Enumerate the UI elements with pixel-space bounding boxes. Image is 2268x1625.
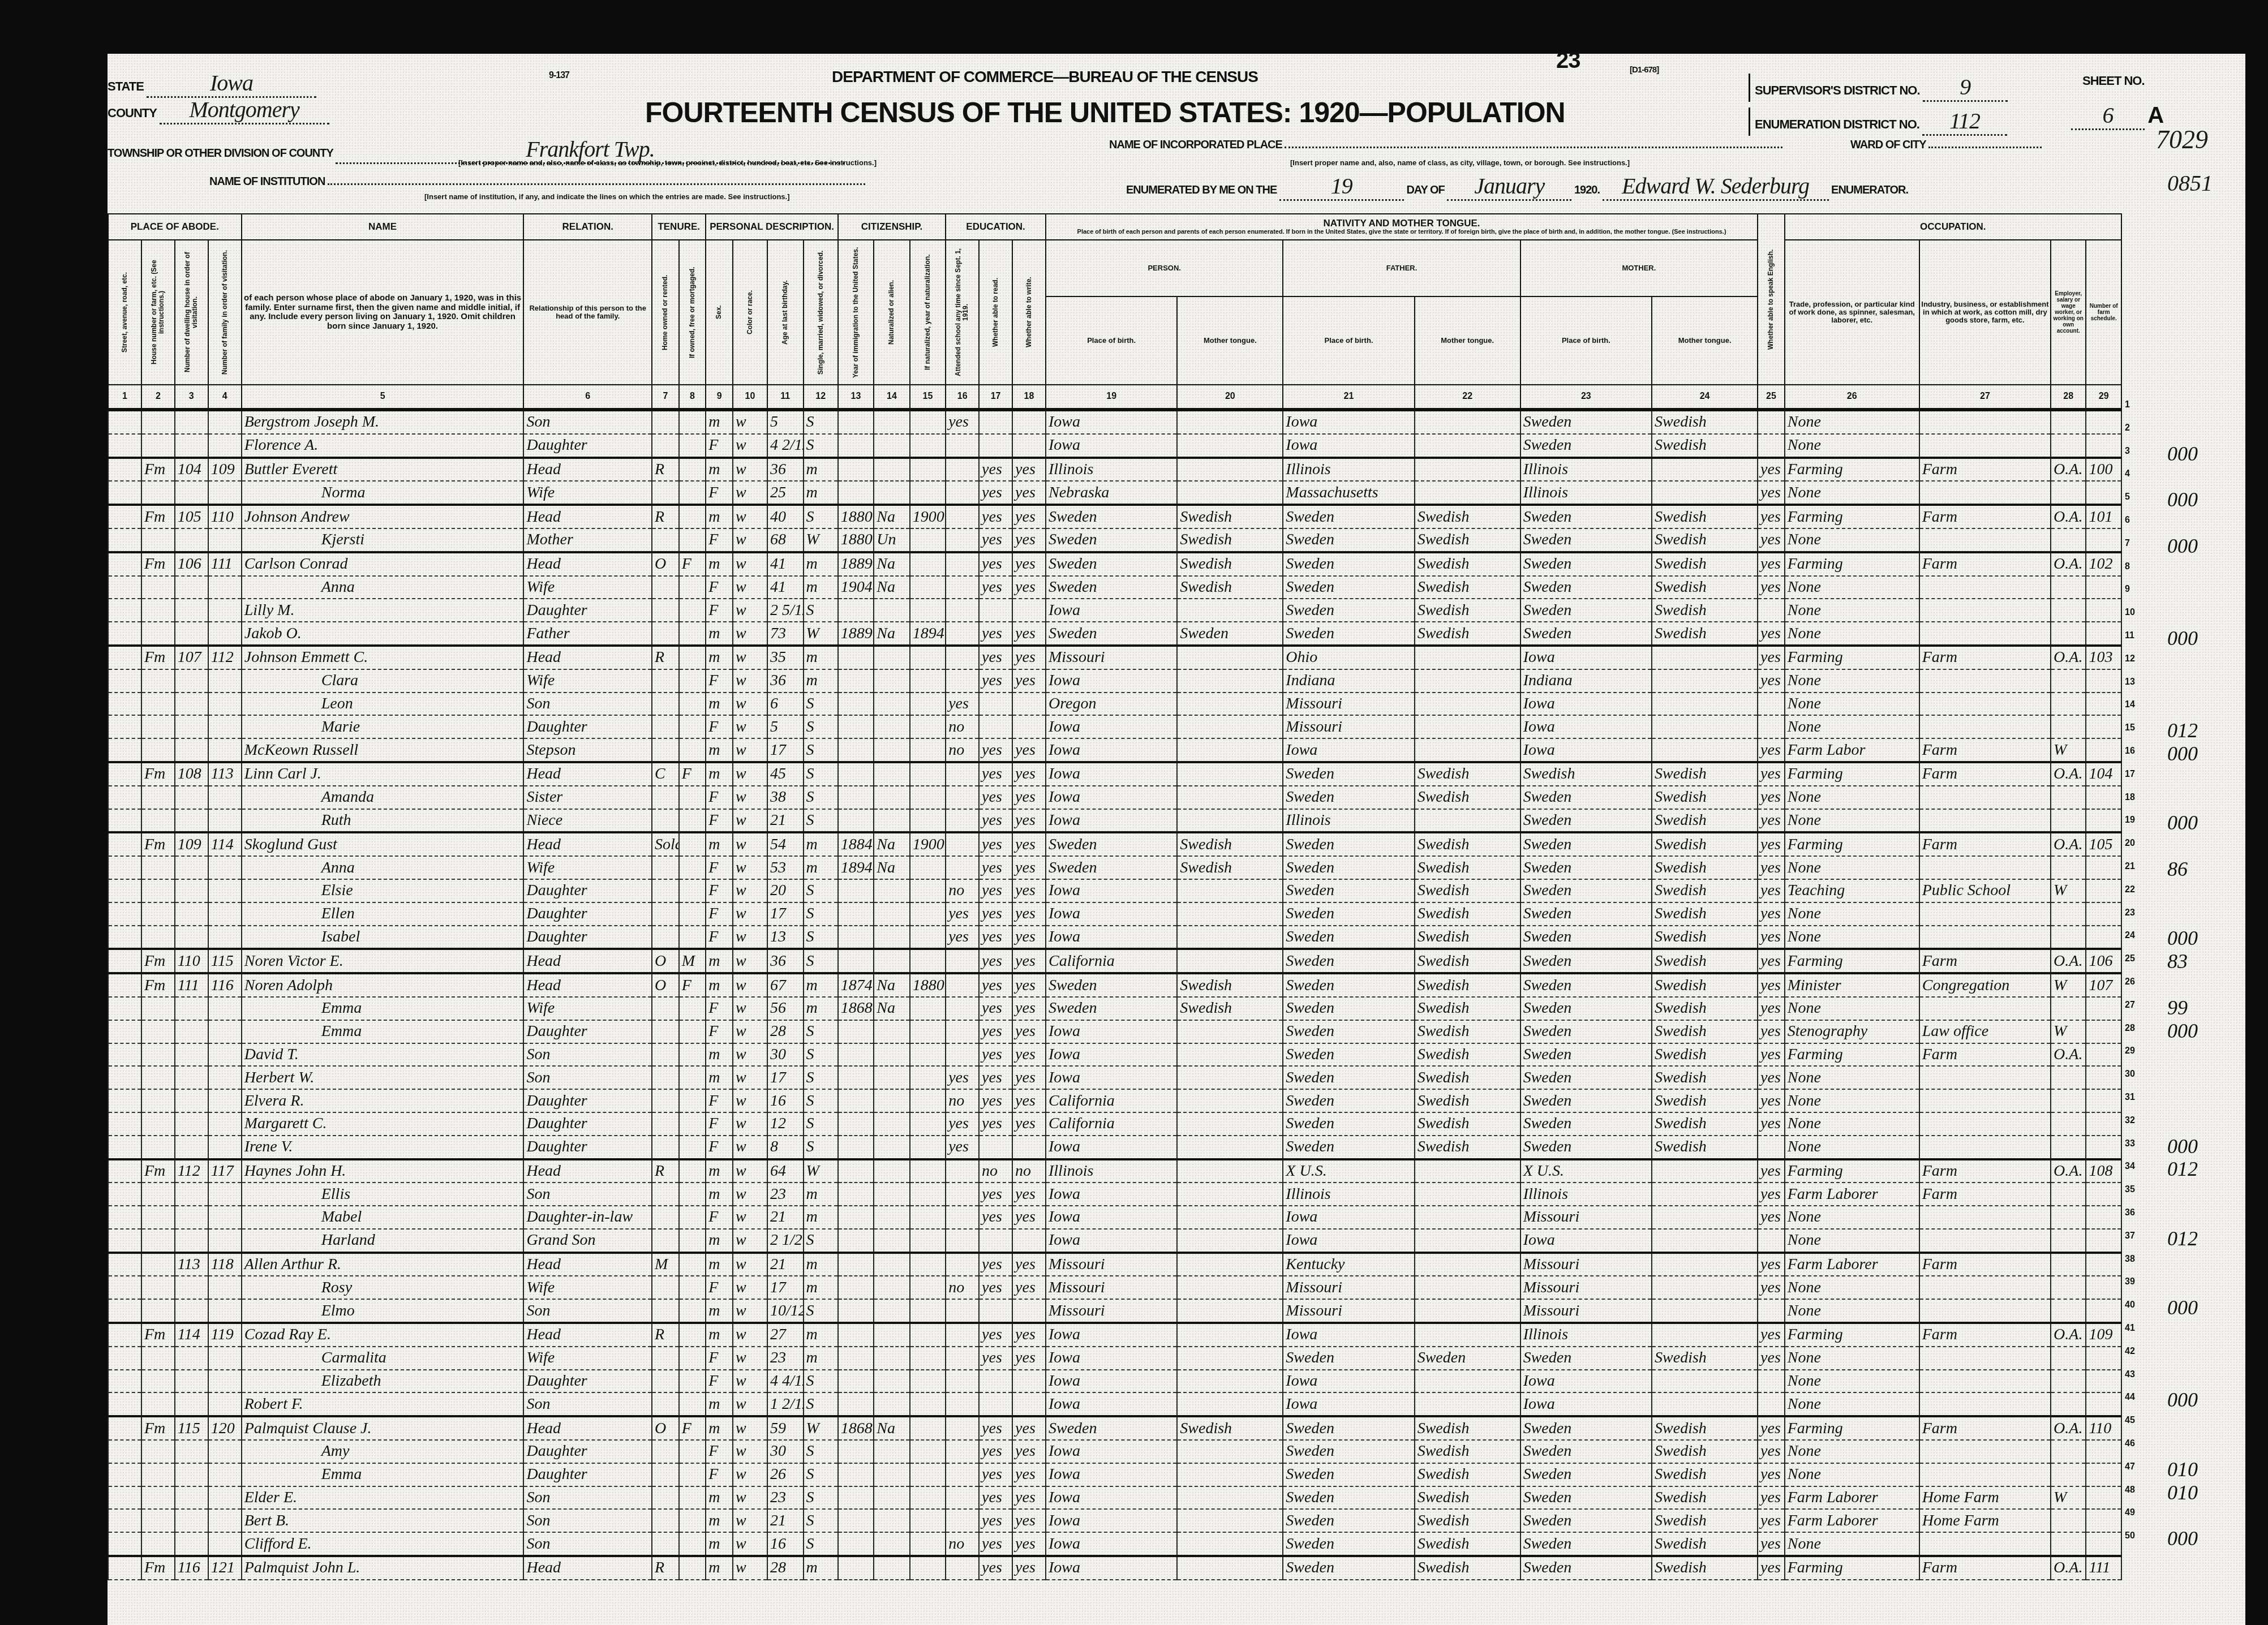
cell-marital: S [804, 410, 838, 434]
cell-fpob: Missouri [1283, 715, 1414, 738]
cell-name: Harland [242, 1229, 524, 1253]
cell-nat [874, 715, 909, 738]
cell-farmno: 111 [2086, 1556, 2121, 1580]
cell-trade: None [1785, 1276, 1919, 1299]
table-row: IsabelDaughterFw13SyesyesyesIowaSwedenSw… [108, 926, 2121, 949]
cell-marital: m [804, 669, 838, 693]
cell-natyr: 1900 [910, 832, 946, 856]
cell-relation: Daughter [523, 434, 652, 458]
cell-mort [679, 809, 706, 833]
cell-tongue [1177, 1253, 1283, 1276]
cell-marital: m [804, 552, 838, 576]
cell-english: yes [1758, 576, 1785, 599]
cell-pob: Iowa [1046, 1323, 1177, 1347]
cell-mort [679, 1509, 706, 1532]
cell-tongue [1177, 879, 1283, 902]
occupation-code: 000 [2167, 1296, 2198, 1319]
col-number-12: 12 [804, 385, 838, 410]
cell-school [946, 1440, 979, 1463]
cell-english [1758, 1136, 1785, 1159]
cell-marital: S [804, 762, 838, 786]
cell-industry: Public School [1919, 879, 2051, 902]
cell-age: 10/12 [767, 1299, 803, 1323]
cell-farm [141, 1440, 175, 1463]
cell-house [175, 599, 208, 622]
cell-tongue: Swedish [1177, 528, 1283, 552]
cell-fpob: Illinois [1283, 809, 1414, 833]
cell-age: 30 [767, 1440, 803, 1463]
cell-write: yes [1012, 576, 1046, 599]
cell-trade: Farm Labor [1785, 738, 1919, 762]
cell-natyr [910, 997, 946, 1020]
cell-house [175, 693, 208, 716]
group-occupation: OCCUPATION. [1785, 214, 2121, 240]
ward-value [1928, 147, 2042, 148]
cell-age: 59 [767, 1416, 803, 1440]
cell-class [2051, 434, 2086, 458]
cell-pob: Iowa [1046, 434, 1177, 458]
line-number: 50 [2125, 1531, 2135, 1541]
cell-name: Elsie [242, 879, 524, 902]
cell-age: 64 [767, 1159, 803, 1183]
cell-own: O [652, 552, 679, 576]
cell-class [2051, 809, 2086, 833]
table-row: ElsieDaughterFw20SnoyesyesIowaSwedenSwed… [108, 879, 2121, 902]
cell-nat [874, 1370, 909, 1393]
cell-english: yes [1758, 762, 1785, 786]
table-row: Fm104109Buttler EverettHeadRmw36myesyesI… [108, 458, 2121, 482]
cell-mort [679, 1043, 706, 1067]
cell-immig [838, 786, 874, 809]
cell-mpob: Iowa [1520, 693, 1652, 716]
cell-farm [141, 1183, 175, 1206]
cell-street [108, 1323, 141, 1347]
cell-trade: Farming [1785, 1323, 1919, 1347]
cell-mtongue: Swedish [1652, 1440, 1758, 1463]
cell-race: w [733, 410, 767, 434]
cell-industry: Farm [1919, 1556, 2051, 1580]
cell-trade: Farming [1785, 762, 1919, 786]
cell-own [652, 1509, 679, 1532]
cell-sex: F [706, 1206, 733, 1229]
cell-industry [1919, 809, 2051, 833]
cell-school [946, 1159, 979, 1183]
cell-pob: Iowa [1046, 1486, 1177, 1510]
table-row: AnnaWifeFw41m1904NayesyesSwedenSwedishSw… [108, 576, 2121, 599]
cell-family [208, 1509, 242, 1532]
cell-farm [141, 1299, 175, 1323]
cell-house [175, 1136, 208, 1159]
cell-mort [679, 576, 706, 599]
cell-natyr [910, 786, 946, 809]
cell-school [946, 1556, 979, 1580]
cell-relation: Head [523, 552, 652, 576]
cell-english: yes [1758, 1066, 1785, 1089]
cell-family [208, 1229, 242, 1253]
cell-mort [679, 1556, 706, 1580]
col-number-25: 25 [1758, 385, 1785, 410]
cell-marital: S [804, 1532, 838, 1556]
cell-natyr [910, 1229, 946, 1253]
cell-write: yes [1012, 481, 1046, 505]
cell-ftongue [1415, 1229, 1520, 1253]
occupation-code: 000 [2167, 534, 2198, 558]
cell-write: yes [1012, 1463, 1046, 1486]
cell-read: yes [979, 902, 1012, 926]
cell-farmno: 100 [2086, 458, 2121, 482]
cell-write [1012, 410, 1046, 434]
cell-tongue [1177, 762, 1283, 786]
cell-ftongue [1415, 1276, 1520, 1299]
cell-natyr [910, 1370, 946, 1393]
cell-nat [874, 481, 909, 505]
line-number: 47 [2125, 1462, 2135, 1472]
cell-street [108, 738, 141, 762]
cell-street [108, 622, 141, 646]
cell-name: Rosy [242, 1276, 524, 1299]
cell-family [208, 669, 242, 693]
cell-read: yes [979, 1089, 1012, 1112]
line-number: 38 [2125, 1254, 2135, 1265]
cell-mort: F [679, 762, 706, 786]
cell-immig [838, 1347, 874, 1370]
line-number: 45 [2125, 1416, 2135, 1426]
cell-mtongue [1652, 1183, 1758, 1206]
cell-sex: F [706, 786, 733, 809]
cell-school [946, 528, 979, 552]
cell-school [946, 809, 979, 833]
cell-school [946, 1183, 979, 1206]
cell-sex: m [706, 646, 733, 669]
group-relation: RELATION. [523, 214, 652, 240]
cell-mtongue: Swedish [1652, 1486, 1758, 1510]
table-row: EllisSonmw23myesyesIowaIllinoisIllinoisy… [108, 1183, 2121, 1206]
cell-read: yes [979, 1463, 1012, 1486]
cell-natyr: 1894 [910, 622, 946, 646]
line-number: 1 [2125, 400, 2130, 410]
cell-relation: Head [523, 458, 652, 482]
cell-write [1012, 599, 1046, 622]
county-field: COUNTY Montgomery [108, 96, 329, 124]
cell-nat [874, 1532, 909, 1556]
cell-house [175, 669, 208, 693]
cell-farm [141, 669, 175, 693]
line-number: 18 [2125, 793, 2135, 803]
cell-sex: F [706, 1020, 733, 1043]
table-row: RuthNieceFw21SyesyesIowaIllinoisSwedenSw… [108, 809, 2121, 833]
cell-mpob: Sweden [1520, 949, 1652, 973]
cell-relation: Grand Son [523, 1229, 652, 1253]
cell-read: yes [979, 576, 1012, 599]
cell-farmno [2086, 1112, 2121, 1136]
cell-fpob: Sweden [1283, 1416, 1414, 1440]
cell-english: yes [1758, 646, 1785, 669]
group-father: FATHER. [1283, 240, 1520, 296]
incorporated-note: [Insert proper name and, also, name of c… [1290, 158, 1630, 167]
cell-mtongue: Swedish [1652, 856, 1758, 879]
cell-sex: F [706, 1276, 733, 1299]
col-number-10: 10 [733, 385, 767, 410]
cell-pob: Iowa [1046, 1440, 1177, 1463]
cell-school [946, 622, 979, 646]
cell-natyr [910, 1159, 946, 1183]
cell-age: 35 [767, 646, 803, 669]
col-number-21: 21 [1283, 385, 1414, 410]
cell-marital: W [804, 1416, 838, 1440]
cell-street [108, 458, 141, 482]
cell-ftongue: Swedish [1415, 576, 1520, 599]
cell-mort [679, 997, 706, 1020]
cell-house: 112 [175, 1159, 208, 1183]
cell-fpob: Sweden [1283, 1556, 1414, 1580]
cell-ftongue: Swedish [1415, 856, 1520, 879]
cell-fpob: Sweden [1283, 973, 1414, 997]
cell-industry [1919, 786, 2051, 809]
cell-mtongue [1652, 1323, 1758, 1347]
cell-farm [141, 1043, 175, 1067]
cell-mort [679, 786, 706, 809]
cell-farm [141, 1112, 175, 1136]
cell-industry [1919, 599, 2051, 622]
cell-trade: Farming [1785, 1043, 1919, 1067]
cell-street [108, 715, 141, 738]
enumerated-month: January [1447, 173, 1571, 201]
cell-name: Anna [242, 856, 524, 879]
cell-sex: F [706, 926, 733, 949]
cell-tongue [1177, 646, 1283, 669]
cell-house [175, 856, 208, 879]
cell-age: 53 [767, 856, 803, 879]
cell-school [946, 1347, 979, 1370]
cell-pob: Iowa [1046, 902, 1177, 926]
cell-farmno: 105 [2086, 832, 2121, 856]
cell-farmno [2086, 1299, 2121, 1323]
cell-write: yes [1012, 1440, 1046, 1463]
col-11-header: Age at last birthday. [767, 240, 803, 385]
table-row: Fm115120Palmquist Clause J.HeadOFmw59W18… [108, 1416, 2121, 1440]
cell-sex: m [706, 1323, 733, 1347]
cell-marital: m [804, 1276, 838, 1299]
cell-marital: S [804, 1066, 838, 1089]
cell-race: w [733, 1276, 767, 1299]
cell-mtongue: Swedish [1652, 1043, 1758, 1067]
cell-read: yes [979, 505, 1012, 528]
cell-farmno [2086, 1347, 2121, 1370]
cell-age: 41 [767, 552, 803, 576]
cell-mtongue [1652, 1229, 1758, 1253]
cell-farmno [2086, 926, 2121, 949]
cell-school: yes [946, 926, 979, 949]
line-number: 7 [2125, 539, 2130, 549]
cell-immig [838, 879, 874, 902]
cell-mtongue [1652, 646, 1758, 669]
cell-sex: F [706, 997, 733, 1020]
cell-marital: S [804, 1112, 838, 1136]
cell-marital: S [804, 1136, 838, 1159]
cell-english: yes [1758, 832, 1785, 856]
cell-name: Carmalita [242, 1347, 524, 1370]
cell-nat [874, 1066, 909, 1089]
cell-english [1758, 1392, 1785, 1416]
cell-industry: Farm [1919, 762, 2051, 786]
cell-immig [838, 1136, 874, 1159]
cell-tongue [1177, 1229, 1283, 1253]
table-row: KjerstiMotherFw68W1880UnyesyesSwedenSwed… [108, 528, 2121, 552]
cell-immig [838, 410, 874, 434]
cell-mort [679, 1463, 706, 1486]
cell-family [208, 1066, 242, 1089]
cell-trade: None [1785, 693, 1919, 716]
cell-tongue [1177, 1299, 1283, 1323]
cell-farmno [2086, 997, 2121, 1020]
cell-ftongue: Swedish [1415, 1136, 1520, 1159]
cell-fpob: Sweden [1283, 856, 1414, 879]
col-number-27: 27 [1919, 385, 2051, 410]
cell-pob: Iowa [1046, 1183, 1177, 1206]
cell-mtongue: Swedish [1652, 599, 1758, 622]
cell-industry: Farm [1919, 738, 2051, 762]
cell-tongue [1177, 1392, 1283, 1416]
cell-natyr [910, 1112, 946, 1136]
cell-fpob: Sweden [1283, 505, 1414, 528]
cell-street [108, 1112, 141, 1136]
cell-pob: Iowa [1046, 786, 1177, 809]
cell-class: W [2051, 1486, 2086, 1510]
cell-family [208, 434, 242, 458]
cell-mort [679, 599, 706, 622]
cell-mort [679, 1066, 706, 1089]
cell-english: yes [1758, 856, 1785, 879]
cell-farmno [2086, 693, 2121, 716]
cell-relation: Wife [523, 669, 652, 693]
cell-age: 21 [767, 1509, 803, 1532]
cell-class [2051, 1206, 2086, 1229]
cell-sex: F [706, 1370, 733, 1393]
cell-street [108, 997, 141, 1020]
line-number: 46 [2125, 1439, 2135, 1449]
cell-farm [141, 481, 175, 505]
cell-sex: m [706, 1392, 733, 1416]
cell-mort [679, 410, 706, 434]
cell-read: yes [979, 481, 1012, 505]
cell-farmno: 102 [2086, 552, 2121, 576]
cell-family [208, 599, 242, 622]
cell-tongue [1177, 1112, 1283, 1136]
cell-school: yes [946, 410, 979, 434]
cell-race: w [733, 434, 767, 458]
table-row: Fm107112Johnson Emmett C.HeadRmw35myesye… [108, 646, 2121, 669]
cell-pob: Iowa [1046, 1206, 1177, 1229]
cell-immig [838, 1556, 874, 1580]
cell-pob: Iowa [1046, 669, 1177, 693]
cell-house [175, 1392, 208, 1416]
cell-name: Ruth [242, 809, 524, 833]
cell-race: w [733, 622, 767, 646]
cell-trade: None [1785, 1347, 1919, 1370]
cell-trade: None [1785, 902, 1919, 926]
cell-name: Amy [242, 1440, 524, 1463]
col-number-3: 3 [175, 385, 208, 410]
cell-mpob: Illinois [1520, 1183, 1652, 1206]
census-sheet: STATE Iowa COUNTY Montgomery 9-137 DEPAR… [108, 54, 2268, 1625]
incorporated-value [1285, 147, 1782, 148]
cell-mtongue [1652, 1299, 1758, 1323]
line-number: 20 [2125, 839, 2135, 849]
cell-trade: None [1785, 1206, 1919, 1229]
cell-mtongue: Swedish [1652, 902, 1758, 926]
cell-street [108, 1299, 141, 1323]
cell-family: 115 [208, 949, 242, 973]
cell-english: yes [1758, 1043, 1785, 1067]
cell-immig [838, 1276, 874, 1299]
cell-school [946, 434, 979, 458]
cell-age: 5 [767, 715, 803, 738]
cell-english: yes [1758, 1463, 1785, 1486]
cell-nat: Na [874, 622, 909, 646]
cell-farm: Fm [141, 1323, 175, 1347]
cell-family [208, 1276, 242, 1299]
cell-english: yes [1758, 505, 1785, 528]
line-number: 5 [2125, 492, 2130, 502]
line-number: 41 [2125, 1323, 2135, 1334]
cell-farmno [2086, 1206, 2121, 1229]
cell-race: w [733, 552, 767, 576]
col-2-header: House number or farm, etc. (See instruct… [141, 240, 175, 385]
cell-age: 23 [767, 1486, 803, 1510]
cell-class: O.A. [2051, 552, 2086, 576]
cell-class [2051, 1370, 2086, 1393]
cell-ftongue [1415, 1206, 1520, 1229]
cell-relation: Daughter [523, 1463, 652, 1486]
cell-farm [141, 1206, 175, 1229]
cell-house: 104 [175, 458, 208, 482]
cell-natyr: 1880 [910, 973, 946, 997]
cell-english: yes [1758, 1509, 1785, 1532]
cell-fpob: Iowa [1283, 434, 1414, 458]
cell-street [108, 1532, 141, 1556]
cell-ftongue: Swedish [1415, 552, 1520, 576]
col-21-header: Place of birth. [1283, 296, 1414, 385]
cell-mtongue: Swedish [1652, 1136, 1758, 1159]
cell-mort [679, 1276, 706, 1299]
cell-age: 38 [767, 786, 803, 809]
cell-name: Skoglund Gust [242, 832, 524, 856]
cell-sex: m [706, 1532, 733, 1556]
cell-class: W [2051, 973, 2086, 997]
cell-street [108, 973, 141, 997]
cell-street [108, 693, 141, 716]
cell-class: O.A. [2051, 505, 2086, 528]
line-number: 24 [2125, 931, 2135, 941]
col-6-header: Relationship of this person to the head … [523, 240, 652, 385]
census-title: FOURTEENTH CENSUS OF THE UNITED STATES: … [645, 96, 1565, 129]
cell-tongue: Swedish [1177, 973, 1283, 997]
line-number: 39 [2125, 1277, 2135, 1287]
cell-read [979, 693, 1012, 716]
table-row: Fm106111Carlson ConradHeadOFmw41m1889Nay… [108, 552, 2121, 576]
col-number-28: 28 [2051, 385, 2086, 410]
cell-mort [679, 1532, 706, 1556]
cell-mpob: Sweden [1520, 1089, 1652, 1112]
cell-house [175, 1043, 208, 1067]
cell-sex: m [706, 1299, 733, 1323]
cell-nat: Na [874, 576, 909, 599]
cell-name: Bert B. [242, 1509, 524, 1532]
cell-age: 17 [767, 1276, 803, 1299]
cell-relation: Daughter [523, 599, 652, 622]
cell-immig [838, 1486, 874, 1510]
cell-sex: m [706, 1159, 733, 1183]
